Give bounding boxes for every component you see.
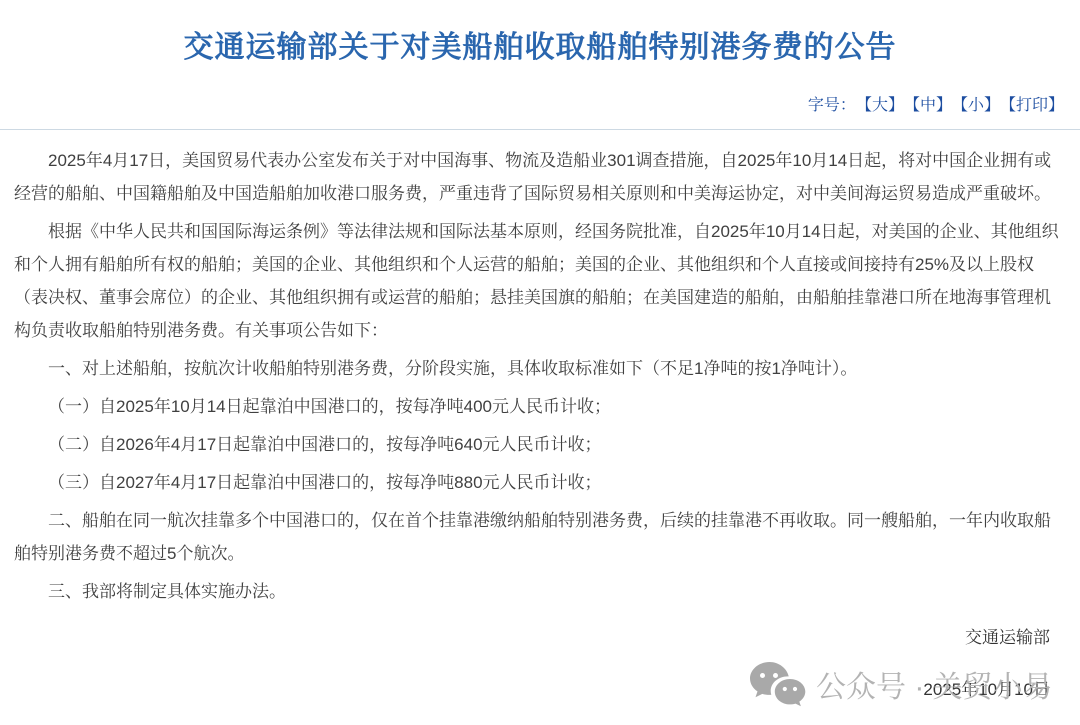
article-body: 2025年4月17日，美国贸易代表办公室发布关于对中国海事、物流及造船业301调… — [0, 130, 1080, 608]
font-size-label: 字号： — [808, 97, 856, 114]
font-size-medium-button[interactable]: 【中】 — [912, 97, 952, 114]
signature-block: 交通运输部 2025年10月10日 — [0, 613, 1080, 700]
paragraph-item-1-1: （一）自2025年10月14日起靠泊中国港口的，按每净吨400元人民币计收； — [14, 390, 1064, 423]
font-size-toolbar: 字号：【大】【中】【小】【打印】 — [0, 66, 1080, 125]
paragraph-item-2: 二、船舶在同一航次挂靠多个中国港口的，仅在首个挂靠港缴纳船舶特别港务费，后续的挂… — [14, 504, 1064, 570]
print-button[interactable]: 【打印】 — [1008, 97, 1064, 114]
font-size-small-button[interactable]: 【小】 — [960, 97, 1000, 114]
paragraph-basis: 根据《中华人民共和国国际海运条例》等法律法规和国际法基本原则，经国务院批准，自2… — [14, 215, 1064, 347]
font-size-large-button[interactable]: 【大】 — [864, 97, 904, 114]
paragraph-item-1: 一、对上述船舶，按航次计收船舶特别港务费，分阶段实施，具体收取标准如下（不足1净… — [14, 352, 1064, 385]
paragraph-item-1-3: （三）自2027年4月17日起靠泊中国港口的，按每净吨880元人民币计收； — [14, 466, 1064, 499]
paragraph-intro: 2025年4月17日，美国贸易代表办公室发布关于对中国海事、物流及造船业301调… — [14, 144, 1064, 210]
paragraph-item-3: 三、我部将制定具体实施办法。 — [14, 575, 1064, 608]
page-title: 交通运输部关于对美船舶收取船舶特别港务费的公告 — [0, 0, 1080, 66]
paragraph-item-1-2: （二）自2026年4月17日起靠泊中国港口的，按每净吨640元人民币计收； — [14, 428, 1064, 461]
issue-date: 2025年10月10日 — [0, 675, 1050, 700]
announcement-page: 交通运输部关于对美船舶收取船舶特别港务费的公告 字号：【大】【中】【小】【打印】… — [0, 0, 1080, 725]
issuer-name: 交通运输部 — [0, 623, 1050, 648]
